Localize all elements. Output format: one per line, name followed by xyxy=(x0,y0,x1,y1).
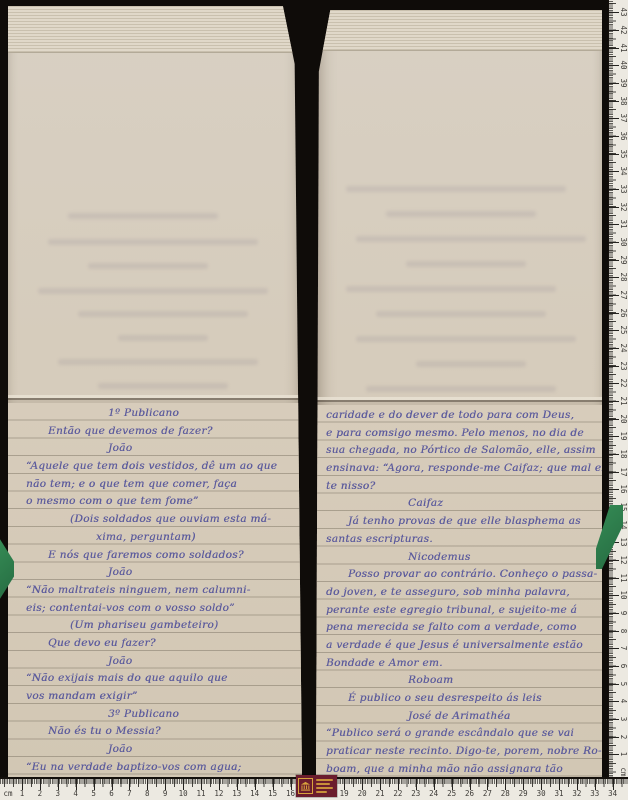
bleed-through-mark xyxy=(48,239,258,245)
right-written-sheet: caridade e do dever de todo para com Deu… xyxy=(316,405,602,777)
ruler-label: 21 xyxy=(616,394,628,408)
ruler-label: 12 xyxy=(210,789,228,798)
ruler-label: 25 xyxy=(616,323,628,337)
ruler-label: 30 xyxy=(532,789,550,798)
ruler-label: 11 xyxy=(616,571,628,585)
ruler-label: 37 xyxy=(616,111,628,125)
handwriting-line: José de Arimathéa xyxy=(408,708,598,726)
handwriting-line: E nós que faremos como soldados? xyxy=(48,547,298,565)
handwriting-line: João xyxy=(108,741,298,759)
handwriting-line: “Publico será o grande escândalo que se … xyxy=(326,725,598,743)
bleed-through-mark xyxy=(386,211,536,217)
handwriting-line: xima, perguntam) xyxy=(96,529,298,547)
handwriting-line: 1º Publicano xyxy=(108,405,298,423)
page-stack-edges-left xyxy=(8,6,302,53)
ruler-label: 41 xyxy=(616,41,628,55)
handwriting-line: ensinava: “Agora, responde-me Caifaz; qu… xyxy=(326,460,598,478)
bleed-through-mark xyxy=(58,359,258,365)
handwriting-line: santas escripturas. xyxy=(326,531,598,549)
bleed-through-mark xyxy=(118,335,208,341)
ruler-label: 24 xyxy=(616,341,628,355)
ruler-label: 31 xyxy=(616,217,628,231)
ruler-label: 25 xyxy=(443,789,461,798)
ruler-label: 23 xyxy=(407,789,425,798)
bleed-through-mark xyxy=(98,383,228,389)
handwriting-line: “Aquele que tem dois vestidos, dê um ao … xyxy=(26,458,298,476)
handwriting-line: te nisso? xyxy=(326,478,598,496)
handwriting-line: “Não exijais mais do que aquilo que xyxy=(26,670,298,688)
ruler-label: 1 xyxy=(616,747,628,761)
ruler-label: 34 xyxy=(604,789,622,798)
ruler-label: 22 xyxy=(616,376,628,390)
manuscript-scan: 1º PublicanoEntão que devemos de fazer?J… xyxy=(0,0,628,800)
ruler-label: 8 xyxy=(138,789,156,798)
bleed-through-mark xyxy=(346,286,556,292)
ruler-label: 16 xyxy=(616,482,628,496)
bleed-through-mark xyxy=(416,361,526,367)
ruler-label: 17 xyxy=(616,465,628,479)
handwriting-line: “Não maltrateis ninguem, nem calumni- xyxy=(26,582,298,600)
ruler-label: 26 xyxy=(461,789,479,798)
handwriting-line: Já tenho provas de que elle blasphema as xyxy=(348,513,598,531)
ruler-label: 27 xyxy=(478,789,496,798)
ruler-label: 18 xyxy=(616,447,628,461)
handwriting-line: (Dois soldados que ouviam esta má- xyxy=(70,511,298,529)
handwriting-line: Então que devemos de fazer? xyxy=(48,423,298,441)
ruler-label: 34 xyxy=(616,164,628,178)
ruler-label: 28 xyxy=(616,270,628,284)
bleed-through-mark xyxy=(38,288,268,294)
ruler-label: 33 xyxy=(616,182,628,196)
ruler-label: 12 xyxy=(616,553,628,567)
ruler-label: 4 xyxy=(616,694,628,708)
handwriting-line: não tem; e o que tem que comer, faça xyxy=(26,476,298,494)
ruler-label: 32 xyxy=(568,789,586,798)
bleed-through-mark xyxy=(406,261,526,267)
ruler-label: 11 xyxy=(192,789,210,798)
ruler-label: 24 xyxy=(425,789,443,798)
stamp-text-lines xyxy=(316,779,335,793)
left-fold-shadow xyxy=(8,395,302,403)
ruler-label: 15 xyxy=(264,789,282,798)
ruler-label: 6 xyxy=(103,789,121,798)
handwriting-line: boam, que a minha mão não assignara tão xyxy=(326,761,598,779)
ruler-label: 28 xyxy=(496,789,514,798)
ruler-label: 6 xyxy=(616,659,628,673)
handwriting-line: (Um phariseu gambeteiro) xyxy=(70,617,298,635)
handwriting-line: João xyxy=(108,653,298,671)
ruler-label: 13 xyxy=(616,535,628,549)
handwriting-line: Nicodemus xyxy=(408,549,598,567)
ruler-label: 5 xyxy=(616,677,628,691)
handwriting-line: sua chegada, no Pórtico de Salomão, elle… xyxy=(326,442,598,460)
handwriting-line: do joven, e te asseguro, sob minha palav… xyxy=(326,584,598,602)
ruler-label: 27 xyxy=(616,288,628,302)
ruler-label: 7 xyxy=(616,641,628,655)
ruler-label: 31 xyxy=(550,789,568,798)
page-stack-edges-right xyxy=(316,10,602,51)
ruler-label: 3 xyxy=(616,712,628,726)
ruler-label: 39 xyxy=(616,76,628,90)
handwriting-line: João xyxy=(108,564,298,582)
bleed-through-mark xyxy=(346,186,566,192)
ruler-label: 5 xyxy=(85,789,103,798)
handwriting-line: praticar neste recinto. Digo-te, porem, … xyxy=(326,743,598,761)
ruler-label: 19 xyxy=(335,789,353,798)
handwriting-line: Roboam xyxy=(408,672,598,690)
right-page: caridade e do dever de todo para com Deu… xyxy=(316,10,602,777)
handwriting-line: pena merecida se falto com a verdade, co… xyxy=(326,619,598,637)
ruler-label: 29 xyxy=(514,789,532,798)
ruler-label: 29 xyxy=(616,253,628,267)
ruler-label: 23 xyxy=(616,359,628,373)
handwriting-line: o mesmo com o que tem fome” xyxy=(26,493,298,511)
ruler-label: 1 xyxy=(13,789,31,798)
handwriting-line: Posso provar ao contrário. Conheço o pas… xyxy=(348,566,598,584)
ruler-label: 19 xyxy=(616,429,628,443)
handwriting-line: e para comsigo mesmo. Pelo menos, no dia… xyxy=(326,425,598,443)
left-page: 1º PublicanoEntão que devemos de fazer?J… xyxy=(8,6,302,777)
handwriting-line: É publico o seu desrespeito ás leis xyxy=(348,690,598,708)
left-page-writing: 1º PublicanoEntão que devemos de fazer?J… xyxy=(24,405,298,776)
handwriting-line: caridade e do dever de todo para com Deu… xyxy=(326,407,598,425)
ruler-label: 30 xyxy=(616,235,628,249)
ruler-label: 32 xyxy=(616,200,628,214)
ruler-label: 8 xyxy=(616,624,628,638)
ruler-label: 13 xyxy=(228,789,246,798)
handwriting-line: Bondade e Amor em. xyxy=(326,655,598,673)
bleed-through-mark xyxy=(356,336,576,342)
ruler-label: 10 xyxy=(174,789,192,798)
ruler-label: 33 xyxy=(586,789,604,798)
ruler-label: 20 xyxy=(616,412,628,426)
handwriting-line: “Eu na verdade baptizo-vos com agua; xyxy=(26,759,298,777)
ruler-label: 3 xyxy=(49,789,67,798)
handwriting-line: a verdade é que Jesus é universalmente e… xyxy=(326,637,598,655)
left-written-sheet: 1º PublicanoEntão que devemos de fazer?J… xyxy=(8,403,302,777)
bleed-through-mark xyxy=(376,311,546,317)
ruler-label: 9 xyxy=(616,606,628,620)
handwriting-line: perante este egregio tribunal, e sujeito… xyxy=(326,602,598,620)
ruler-label: 2 xyxy=(616,730,628,744)
ruler-label: 35 xyxy=(616,147,628,161)
archive-stamp xyxy=(296,775,337,797)
right-ruler: cm12345678910111213141516171819202122232… xyxy=(608,0,628,778)
ruler-label: 36 xyxy=(616,129,628,143)
ruler-label: 2 xyxy=(31,789,49,798)
ruler-label: 4 xyxy=(67,789,85,798)
handwriting-line: Caifaz xyxy=(408,495,598,513)
handwriting-line: vos mandam exigir” xyxy=(26,688,298,706)
ruler-label: 10 xyxy=(616,588,628,602)
building-icon xyxy=(298,778,313,794)
right-page-writing: caridade e do dever de todo para com Deu… xyxy=(324,407,598,778)
ruler-label: 42 xyxy=(616,23,628,37)
bleed-through-mark xyxy=(88,263,208,269)
ruler-label: 9 xyxy=(156,789,174,798)
handwriting-line: eis; contentai-vos com o vosso soldo” xyxy=(26,600,298,618)
handwriting-line: João xyxy=(108,440,298,458)
right-page-blank-flap xyxy=(316,51,602,397)
right-fold-shadow xyxy=(316,397,602,405)
ruler-label: 7 xyxy=(120,789,138,798)
handwriting-line: 3º Publicano xyxy=(108,706,298,724)
handwriting-line: Que devo eu fazer? xyxy=(48,635,298,653)
bleed-through-mark xyxy=(68,213,218,219)
bleed-through-mark xyxy=(78,311,248,317)
ruler-label: 43 xyxy=(616,5,628,19)
ruler-label: 26 xyxy=(616,306,628,320)
left-page-blank-flap xyxy=(8,53,302,395)
bleed-through-mark xyxy=(356,236,586,242)
ruler-label: 21 xyxy=(371,789,389,798)
ruler-label: 38 xyxy=(616,94,628,108)
ruler-label: 20 xyxy=(353,789,371,798)
handwriting-line: Não és tu o Messia? xyxy=(48,723,298,741)
bleed-through-mark xyxy=(366,386,556,392)
ruler-label: 40 xyxy=(616,58,628,72)
ruler-label: 22 xyxy=(389,789,407,798)
ruler-label: 14 xyxy=(246,789,264,798)
